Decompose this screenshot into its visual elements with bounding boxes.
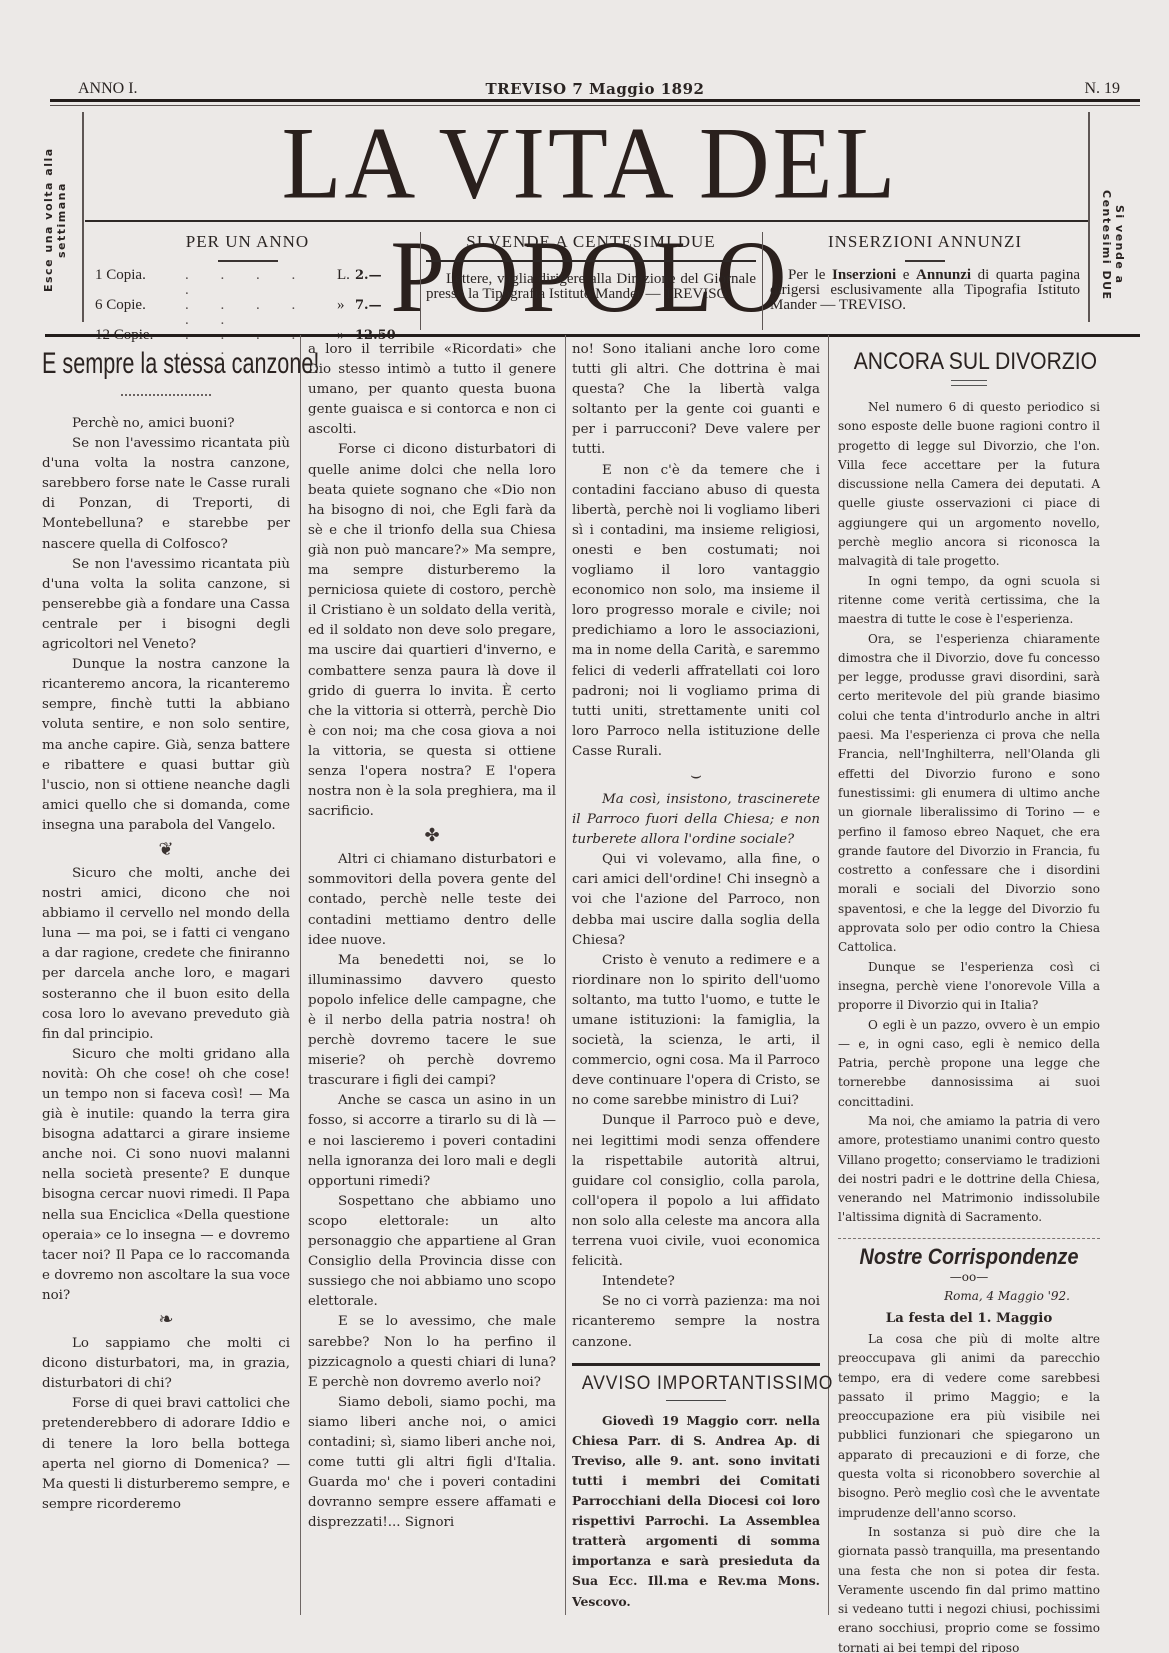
fleuron-icon: ❦ [42,836,290,864]
box-divider [762,232,763,330]
paragraph: Ora, se l'esperienza chiaramente dimostr… [838,630,1100,958]
subscription-box: PER UN ANNO 1 Copia. . . . . . L. 2.— 6 … [95,228,400,330]
ornament-rule [666,1400,726,1401]
section-rule [45,334,1140,337]
paragraph: Ma benedetti noi, se lo illuminassimo da… [308,951,556,1092]
side-note-right: Si vende a Centesimi DUE [1100,170,1126,320]
notice-text: Giovedì 19 Maggio corr. nella Chiesa Par… [572,1411,820,1612]
paragraph: Nel numero 6 di questo periodico si sono… [838,398,1100,572]
sale-rule [426,260,756,262]
paragraph: Ma così, insistono, trascinerete il Parr… [572,790,820,850]
paragraph: E se lo avessimo, che male sarebbe? Non … [308,1312,556,1392]
paragraph: In sostanza si può dire che la giornata … [838,1523,1100,1653]
newspaper-page: ANNO I. TREVISO 7 Maggio 1892 N. 19 Esce… [0,0,1169,1653]
article-column-4: ANCORA SUL DIVORZIO Nel numero 6 di ques… [838,340,1100,1653]
title-ornament [121,394,211,396]
paragraph: Lo sappiamo che molti ci dicono disturba… [42,1334,290,1394]
fleuron-icon: ❧ [42,1306,290,1334]
paragraph: O egli è un pazzo, ovvero è un empio — e… [838,1016,1100,1112]
dateline: Roma, 4 Maggio '92. [838,1287,1100,1306]
column-divider [828,335,829,1615]
side-note-left: Esce una volta alla settimana [42,120,68,320]
paragraph: no! Sono italiani anche loro come tutti … [572,340,820,461]
paragraph: Cristo è venuto a redimere e a riordinar… [572,951,820,1112]
masthead-border-left [82,112,84,322]
sale-text: Lettere, vaglia dirigere alla Direzione … [426,272,756,302]
paragraph: Sicuro che molti gridano alla novità: Oh… [42,1045,290,1306]
top-rule [50,99,1140,102]
paragraph: Forse ci dicono disturbatori di quelle a… [308,440,556,822]
article-column-1: E sempre la stessa canzone! Perchè no, a… [42,340,290,1515]
paragraph: Forse di quei bravi cattolici che preten… [42,1394,290,1515]
article-title: ANCORA SUL DIVORZIO [854,346,1085,378]
section-title: Nostre Corrispondenze [851,1247,1087,1266]
paragraph: Qui vi volevamo, alla fine, o cari amici… [572,850,820,950]
price-row: 1 Copia. . . . . . L. 2.— [95,268,400,298]
masthead-title: LA VITA DEL POPOLO [90,107,1090,220]
article-column-3: no! Sono italiani anche loro come tutti … [572,340,820,1612]
section-rule [838,1238,1100,1239]
ornament-rule [905,260,945,262]
paragraph: Perchè no, amici buoni? [42,414,290,434]
ads-text: Per le Inserzioni e Annunzi di quarta pa… [770,268,1080,313]
paragraph: Ma noi, che amiamo la patria di vero amo… [838,1112,1100,1228]
column-divider [300,335,301,1615]
price-value: 2.— [355,268,400,298]
paragraph: Dunque il Parroco può e deve, nei legitt… [572,1111,820,1272]
paragraph: a loro il terribile «Ricordati» che Dio … [308,340,556,440]
paragraph: Siamo deboli, siamo pochi, ma siamo libe… [308,1393,556,1534]
paragraph: Sospettano che abbiamo uno scopo elettor… [308,1192,556,1313]
paragraph: La cosa che più di molte altre preoccupa… [838,1330,1100,1523]
subtitle: La festa del 1. Maggio [838,1309,1100,1328]
box-divider [420,232,421,330]
price-currency: L. [337,268,355,298]
subscription-heading: PER UN ANNO [95,232,400,252]
paragraph: In ogni tempo, da ogni scuola si ritenne… [838,572,1100,630]
price-qty: 1 Copia. [95,268,185,298]
price-qty: 6 Copie. [95,298,185,328]
column-divider [565,335,566,1615]
ads-box: INSERZIONI ANNUNZI Per le Inserzioni e A… [770,228,1080,330]
top-line: ANNO I. TREVISO 7 Maggio 1892 N. 19 [50,78,1140,100]
bird-ornament-icon: ⌣ [572,762,820,790]
paragraph: Dunque se l'esperienza così ci insegna, … [838,958,1100,1016]
ads-heading: INSERZIONI ANNUNZI [770,232,1080,252]
paragraph: Se non l'avessimo ricantata più d'una vo… [42,434,290,555]
price-row: 6 Copie. . . . . . . » 7.— [95,298,400,328]
paragraph: Se no ci vorrà pazienza: ma noi ricanter… [572,1292,820,1352]
issue-date: TREVISO 7 Maggio 1892 [50,80,1140,98]
sale-heading: SI VENDE A CENTESIMI DUE [426,232,756,252]
leader-dots: . . . . . [185,268,337,298]
paragraph: Intendete? [572,1272,820,1292]
price-currency: » [337,298,355,328]
paragraph: Se non l'avessimo ricantata più d'una vo… [42,555,290,655]
leader-dots: . . . . . . [185,298,337,328]
masthead-rule [85,220,1088,222]
title-ornament [951,380,987,386]
top-rule-thin [50,105,1140,106]
paragraph: Dunque la nostra canzone la ricanteremo … [42,655,290,836]
article-title: E sempre la stessa canzone! [42,344,221,384]
divider-ornament: —oo— [838,1268,1100,1287]
issue-number: N. 19 [1084,80,1120,98]
paragraph: Altri ci chiamano disturbatori e sommovi… [308,850,556,950]
notice-title: AVVISO IMPORTANTISSIMO [582,1374,810,1394]
fleuron-icon: ✤ [308,822,556,850]
paragraph: E non c'è da temere che i contadini facc… [572,461,820,762]
article-column-2: a loro il terribile «Ricordati» che Dio … [308,340,556,1533]
paragraph: Anche se casca un asino in un fosso, si … [308,1091,556,1191]
sale-box: SI VENDE A CENTESIMI DUE Lettere, vaglia… [426,228,756,330]
paragraph: Sicuro che molti, anche dei nostri amici… [42,864,290,1045]
section-rule [572,1363,820,1366]
ornament-rule [218,260,278,262]
price-value: 7.— [355,298,400,328]
